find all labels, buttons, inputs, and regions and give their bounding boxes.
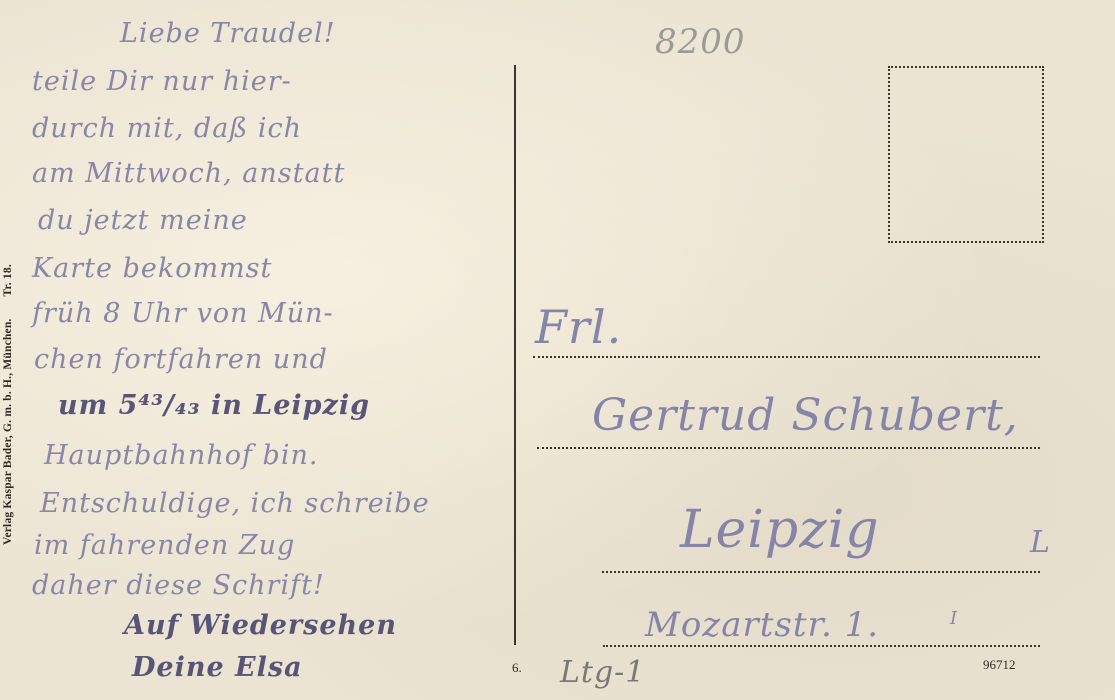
publisher-imprint: Verlag Kaspar Bader, G. m. b. H., Münche… — [2, 264, 14, 545]
message-line: im fahrenden Zug — [34, 530, 295, 561]
address-line-1 — [533, 356, 1040, 358]
closing-line: Auf Wiedersehen — [124, 610, 397, 641]
address-street: Mozartstr. 1. — [645, 605, 879, 645]
message-line: früh 8 Uhr von Mün- — [32, 298, 334, 329]
message-line: teile Dir nur hier- — [32, 66, 292, 97]
message-line: durch mit, daß ich — [32, 113, 302, 144]
signature: Deine Elsa — [132, 652, 303, 683]
address-line-3 — [602, 571, 1040, 573]
message-line: am Mittwoch, anstatt — [32, 158, 345, 189]
print-number-left: 6. — [512, 660, 522, 676]
message-line: du jetzt meine — [38, 205, 248, 236]
address-title: Frl. — [535, 300, 622, 354]
message-line: Entschuldige, ich schreibe — [40, 488, 430, 519]
message-line: Hauptbahnhof bin. — [44, 440, 318, 471]
address-floor: I — [950, 608, 958, 629]
publisher-name: Verlag Kaspar Bader, G. m. b. H., Münche… — [2, 319, 14, 546]
message-line-time: um 5⁴³/₄₃ in Leipzig — [58, 390, 370, 421]
salutation: Liebe Traudel! — [120, 18, 336, 49]
address-side-mark: L — [1030, 525, 1051, 560]
message-line: Karte bekommst — [32, 253, 272, 284]
address-line-4 — [603, 645, 1040, 647]
pencil-note-bottom: Ltg-1 — [560, 655, 645, 690]
address-line-2 — [537, 447, 1040, 449]
message-line: daher diese Schrift! — [32, 570, 325, 601]
pencil-note-top: 8200 — [655, 22, 746, 62]
series-number: Tr. 18. — [2, 264, 14, 296]
stamp-box — [888, 66, 1044, 243]
address-city: Leipzig — [680, 500, 880, 560]
print-number-right: 96712 — [983, 657, 1016, 673]
address-name: Gertrud Schubert, — [592, 390, 1019, 441]
postcard-back: Verlag Kaspar Bader, G. m. b. H., Münche… — [0, 0, 1115, 700]
center-divider — [514, 65, 516, 645]
message-line: chen fortfahren und — [34, 344, 328, 375]
